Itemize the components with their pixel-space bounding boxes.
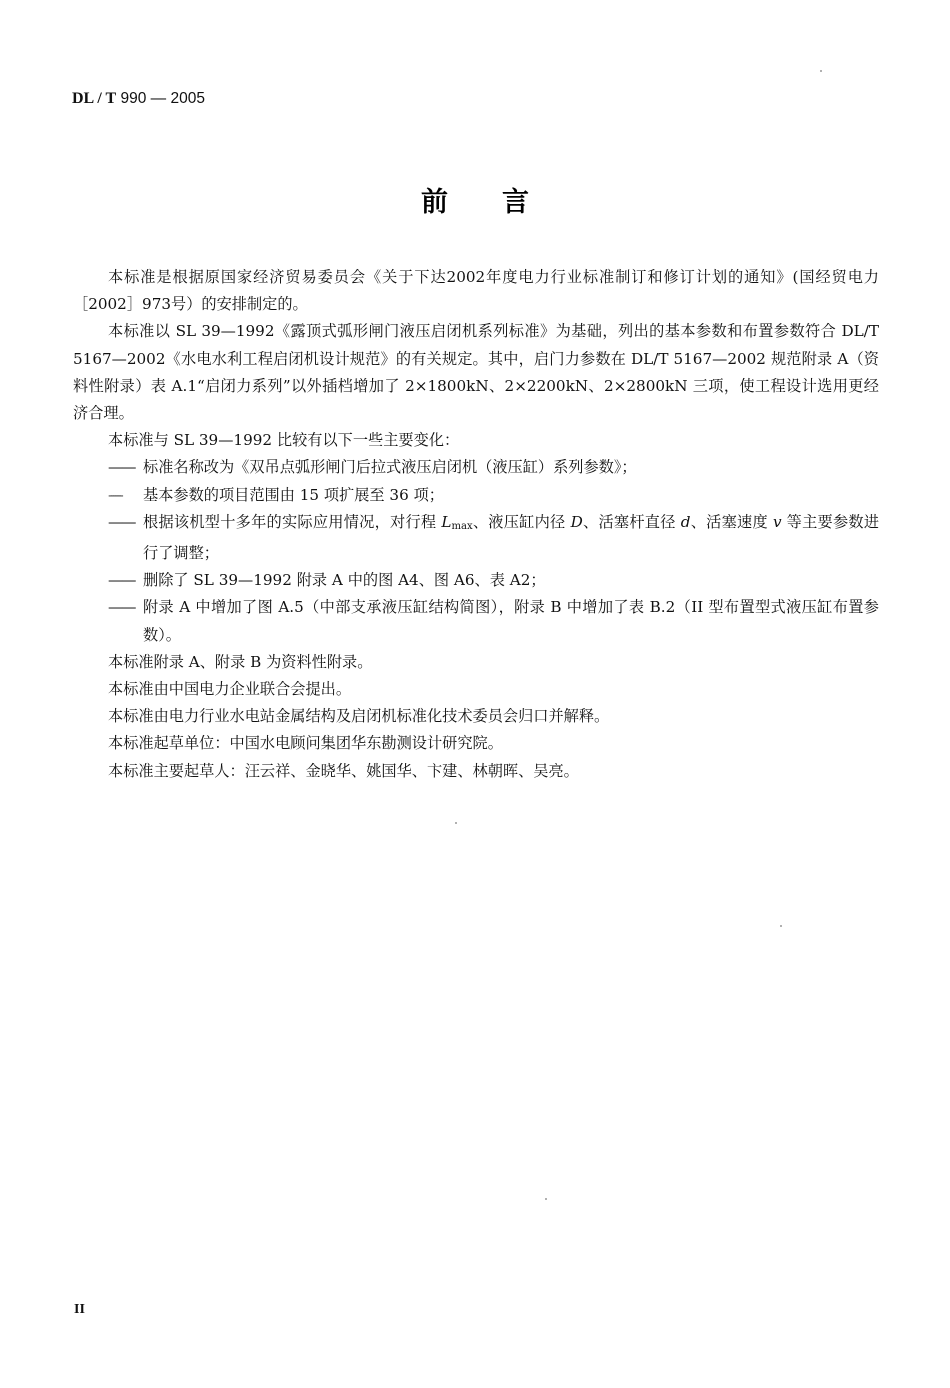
scan-speck bbox=[820, 70, 822, 72]
variable-stroke: L bbox=[441, 513, 451, 531]
change-item: —— 标准名称改为《双吊点弧形闸门后拉式液压启闭机（液压缸）系列参数》； bbox=[73, 454, 879, 481]
paragraph-appendix-note: 本标准附录 A、附录 B 为资料性附录。 bbox=[73, 649, 879, 676]
variable-piston-speed: v bbox=[773, 513, 782, 531]
paragraph-changes-intro: 本标准与 SL 39—1992 比较有以下一些主要变化： bbox=[73, 427, 879, 454]
change-item: —— 删除了 SL 39—1992 附录 A 中的图 A4、图 A6、表 A2； bbox=[73, 567, 879, 594]
change-text: 标准名称改为《双吊点弧形闸门后拉式液压启闭机（液压缸）系列参数》； bbox=[143, 458, 637, 476]
change-text: 根据该机型十多年的实际应用情况，对行程 Lmax、液压缸内径 D、活塞杆直径 d… bbox=[143, 513, 879, 562]
dash-marker: —— bbox=[108, 594, 143, 621]
dash-marker: —— bbox=[108, 509, 143, 536]
change-item: ------ 基本参数的项目范围由 15 项扩展至 36 项； bbox=[73, 482, 879, 509]
dash-marker: ------ bbox=[108, 482, 143, 509]
scan-speck bbox=[455, 822, 457, 824]
dash-marker: —— bbox=[108, 567, 143, 594]
change-item: —— 根据该机型十多年的实际应用情况，对行程 Lmax、液压缸内径 D、活塞杆直… bbox=[73, 509, 879, 567]
change-item: —— 附录 A 中增加了图 A.5（中部支承液压缸结构简图），附录 B 中增加了… bbox=[73, 594, 879, 648]
scan-speck bbox=[545, 1198, 547, 1200]
foreword-body: 本标准是根据原国家经济贸易委员会《关于下达2002年度电力行业标准制订和修订计划… bbox=[73, 264, 879, 785]
paragraph-drafters: 本标准主要起草人：汪云祥、金晓华、姚国华、卞建、林朝晖、吴亮。 bbox=[73, 758, 879, 785]
paragraph-reference: 本标准以 SL 39—1992《露顶式弧形闸门液压启闭机系列标准》为基础，列出的… bbox=[73, 318, 879, 427]
standard-code: DL / T 990 — 2005 bbox=[72, 90, 205, 108]
scan-speck bbox=[780, 925, 782, 927]
paragraph-proposer: 本标准由中国电力企业联合会提出。 bbox=[73, 676, 879, 703]
change-text: 删除了 SL 39—1992 附录 A 中的图 A4、图 A6、表 A2； bbox=[143, 571, 546, 589]
change-text: 基本参数的项目范围由 15 项扩展至 36 项； bbox=[143, 486, 444, 504]
paragraph-basis: 本标准是根据原国家经济贸易委员会《关于下达2002年度电力行业标准制订和修订计划… bbox=[73, 264, 879, 318]
change-text: 附录 A 中增加了图 A.5（中部支承液压缸结构简图），附录 B 中增加了表 B… bbox=[143, 598, 879, 643]
paragraph-drafting-unit: 本标准起草单位：中国水电顾问集团华东勘测设计研究院。 bbox=[73, 730, 879, 757]
standard-number: 990 — 2005 bbox=[120, 90, 204, 107]
dash-marker: —— bbox=[108, 454, 143, 481]
standard-prefix: DL / T bbox=[72, 90, 116, 107]
page-number: II bbox=[74, 1302, 85, 1318]
page-title: 前言 bbox=[0, 180, 950, 219]
variable-rod-diameter: d bbox=[681, 513, 691, 531]
paragraph-interpreter: 本标准由电力行业水电站金属结构及启闭机标准化技术委员会归口并解释。 bbox=[73, 703, 879, 730]
variable-bore-diameter: D bbox=[571, 513, 583, 531]
